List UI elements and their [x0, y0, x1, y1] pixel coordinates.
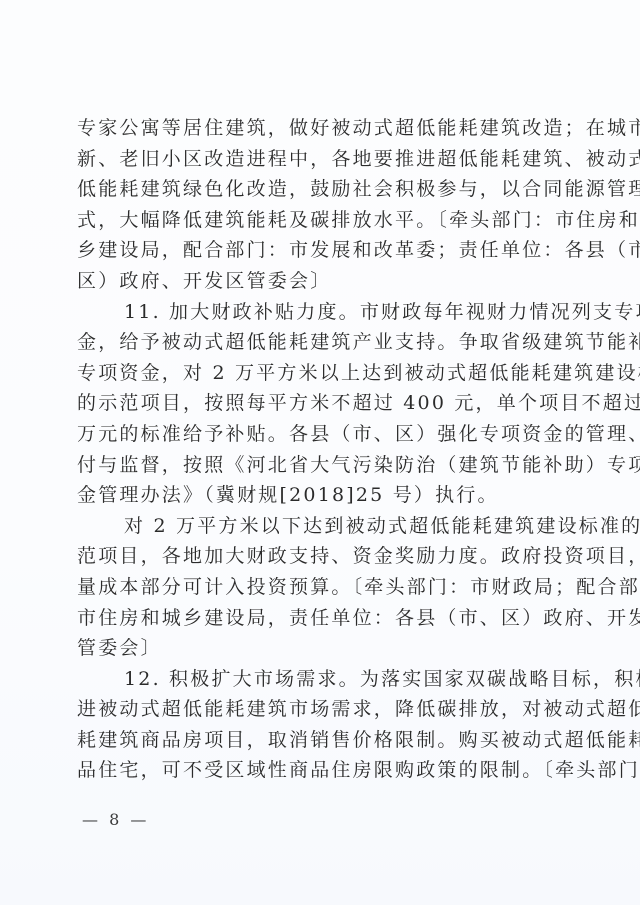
- text-line: 管委会〕: [77, 633, 555, 664]
- text-line: 付与监督，按照《河北省大气污染防治（建筑节能补助）专项资: [77, 450, 555, 481]
- text-line: 新、老旧小区改造进程中，各地要推进超低能耗建筑、被动式超: [77, 144, 555, 175]
- section-heading-line: 11. 加大财政补贴力度。市财政每年视财力情况列支专项资: [77, 297, 555, 328]
- text-line: 乡建设局，配合部门：市发展和改革委；责任单位：各县（市、: [77, 235, 555, 266]
- text-line: 的示范项目，按照每平方米不超过 400 元，单个项目不超过 1200: [77, 388, 555, 419]
- text-line: 万元的标准给予补贴。各县（市、区）强化专项资金的管理、拨: [77, 419, 555, 450]
- document-page: 专家公寓等居住建筑，做好被动式超低能耗建筑改造；在城市更 新、老旧小区改造进程中…: [0, 0, 640, 905]
- text-line: 量成本部分可计入投资预算。〔牵头部门：市财政局；配合部门：: [77, 572, 555, 603]
- text-line: 式，大幅降低建筑能耗及碳排放水平。〔牵头部门：市住房和城: [77, 205, 555, 236]
- document-body: 专家公寓等居住建筑，做好被动式超低能耗建筑改造；在城市更 新、老旧小区改造进程中…: [77, 113, 555, 786]
- text-line: 进被动式超低能耗建筑市场需求，降低碳排放，对被动式超低能: [77, 694, 555, 725]
- text-line: 金，给予被动式超低能耗建筑产业支持。争取省级建筑节能补助: [77, 327, 555, 358]
- text-line: 专项资金，对 2 万平方米以上达到被动式超低能耗建筑建设标准: [77, 358, 555, 389]
- text-line: 区）政府、开发区管委会〕: [77, 266, 555, 297]
- text-line: 范项目，各地加大财政支持、资金奖励力度。政府投资项目，增: [77, 541, 555, 572]
- text-line: 专家公寓等居住建筑，做好被动式超低能耗建筑改造；在城市更: [77, 113, 555, 144]
- text-line: 耗建筑商品房项目，取消销售价格限制。购买被动式超低能耗商: [77, 725, 555, 756]
- text-line: 低能耗建筑绿色化改造，鼓励社会积极参与，以合同能源管理模: [77, 174, 555, 205]
- page-number: — 8 —: [82, 810, 149, 829]
- text-line: 市住房和城乡建设局，责任单位：各县（市、区）政府、开发区: [77, 603, 555, 634]
- paragraph-start-line: 对 2 万平方米以下达到被动式超低能耗建筑建设标准的示: [77, 511, 555, 542]
- text-line: 金管理办法》（冀财规[2018]25 号）执行。: [77, 480, 555, 511]
- section-heading-line: 12. 积极扩大市场需求。为落实国家双碳战略目标，积极促: [77, 664, 555, 695]
- text-line: 品住宅，可不受区域性商品住房限购政策的限制。〔牵头部门：: [77, 755, 555, 786]
